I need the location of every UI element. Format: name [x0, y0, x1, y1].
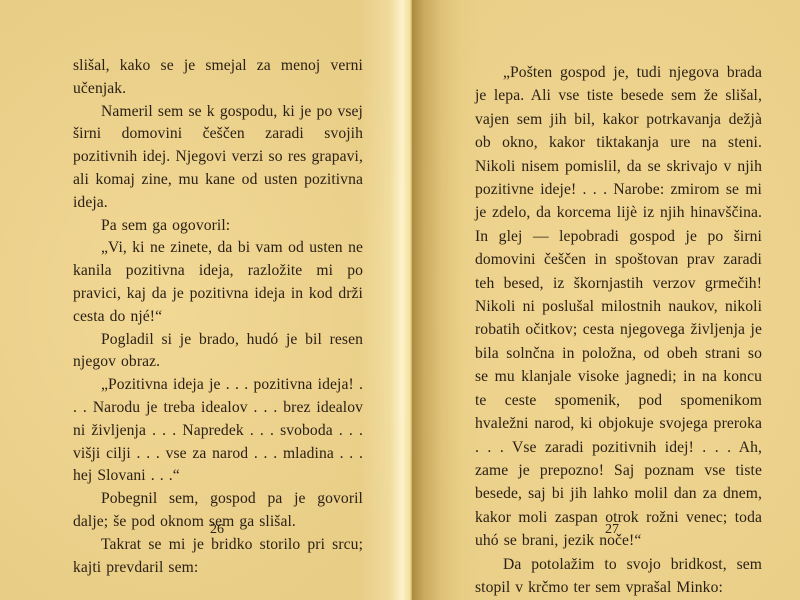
page-number: 27	[592, 522, 632, 538]
paragraph: „Vi, ki ne zinete, da bi vam od usten ne…	[73, 237, 363, 328]
left-page: slišal, kako se je smejal za menoj verni…	[0, 0, 412, 600]
right-page: „Pošten gospod je, tudi njegova brada je…	[412, 0, 800, 600]
left-page-text: slišal, kako se je smejal za menoj verni…	[73, 55, 363, 579]
paragraph: slišal, kako se je smejal za menoj verni…	[73, 55, 363, 101]
paragraph: Pogladil si je brado, hudó je bil resen …	[73, 329, 363, 375]
page-number: 26	[197, 522, 237, 538]
paragraph: Da potolažim to svojo bridkost, sem stop…	[475, 553, 762, 600]
paragraph: „Pošten gospod je, tudi njegova brada je…	[475, 61, 762, 553]
paragraph: Nameril sem se k gospodu, ki je po vsej …	[73, 101, 363, 215]
paragraph: „Pozitivna ideja je . . . pozitivna idej…	[73, 374, 363, 488]
paragraph: Takrat se mi je bridko storilo pri srcu;…	[73, 534, 363, 580]
paragraph: Pa sem ga ogovoril:	[73, 215, 363, 238]
right-page-text: „Pošten gospod je, tudi njegova brada je…	[475, 61, 762, 599]
book-spread: slišal, kako se je smejal za menoj verni…	[0, 0, 800, 600]
